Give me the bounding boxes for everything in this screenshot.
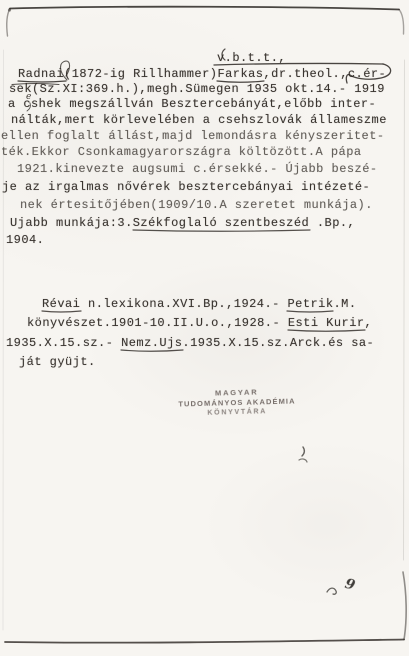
typed-line-p2-3: 1935.X.15.sz.- Nemz.Ujs.1935.X.15.sz.Arc… [6, 337, 374, 350]
ink-squiggle-mark [302, 447, 304, 456]
typed-line-p1-3: a cshek megszállván Besztercebányát,előb… [8, 98, 376, 111]
typed-line-p2-1: Révai n.lexikona.XVI.Bp.,1924.- Petrik.M… [42, 298, 357, 311]
border-top-edge [10, 7, 399, 10]
typed-line-p1-11: 1904. [6, 234, 44, 247]
border-right-edge [404, 60, 405, 560]
underline-szekfoglalo [133, 230, 310, 231]
typed-line-p1-8: je az irgalmas nővérek besztercebányai i… [2, 181, 370, 194]
border-bottom-edge [5, 640, 404, 643]
typed-line-p1-9: nek értesitőjében(1909/10.A szeretet mun… [20, 199, 373, 212]
library-stamp: MAGYAR TUDOMÁNYOS AKADÉMIA KÖNYVTÁRA [162, 386, 313, 420]
underline-petrik [287, 311, 333, 312]
typed-line-p1-10: Ujabb munkája:3.Székfoglaló szentbeszéd … [10, 217, 355, 230]
handwritten-correction-letter: e [26, 92, 31, 102]
typed-line-p2-4: ját gyüjt. [19, 356, 96, 369]
typed-line-p1-6: ték.Ekkor Csonkamagyarországra költözött… [1, 146, 362, 159]
typed-line-p1-2: sek(Sz.XI:369.h.),megh.Sümegen 1935 okt.… [9, 83, 385, 96]
underline-esti-kurir [288, 330, 365, 331]
typed-line-p1-4: nálták,mert körlevelében a csehszlovák á… [11, 114, 387, 127]
handwritten-numeral: 9 [343, 576, 357, 594]
border-bottom-right-curve [403, 572, 406, 640]
border-top-right-hook [399, 10, 404, 35]
border-top-left-hook [7, 9, 10, 37]
pencil-tilde-mark [327, 588, 336, 594]
typed-line-p1-5: ellen foglalt állást,majd lemondásra kén… [1, 130, 385, 143]
typed-line-p1-1: Radnai(1872-ig Rillhammer)Farkas,dr.theo… [18, 68, 386, 81]
underline-nemz-ujs [121, 350, 183, 351]
underline-revai [42, 311, 81, 312]
inserted-annotation-text: v.b.t.t., [217, 52, 286, 65]
ink-squiggle-mark2 [299, 459, 307, 462]
corner-ink-blob [8, 8, 11, 11]
typed-line-p2-2: könyvészet.1901-10.II.U.o.,1928.- Esti K… [27, 317, 372, 330]
typewritten-card-scan: v.b.t.t., Radnai(1872-ig Rillhammer)Fark… [0, 0, 409, 656]
typed-line-p1-7: 1921.kinevezte augsumi c.érsekké.- Újabb… [17, 163, 378, 176]
